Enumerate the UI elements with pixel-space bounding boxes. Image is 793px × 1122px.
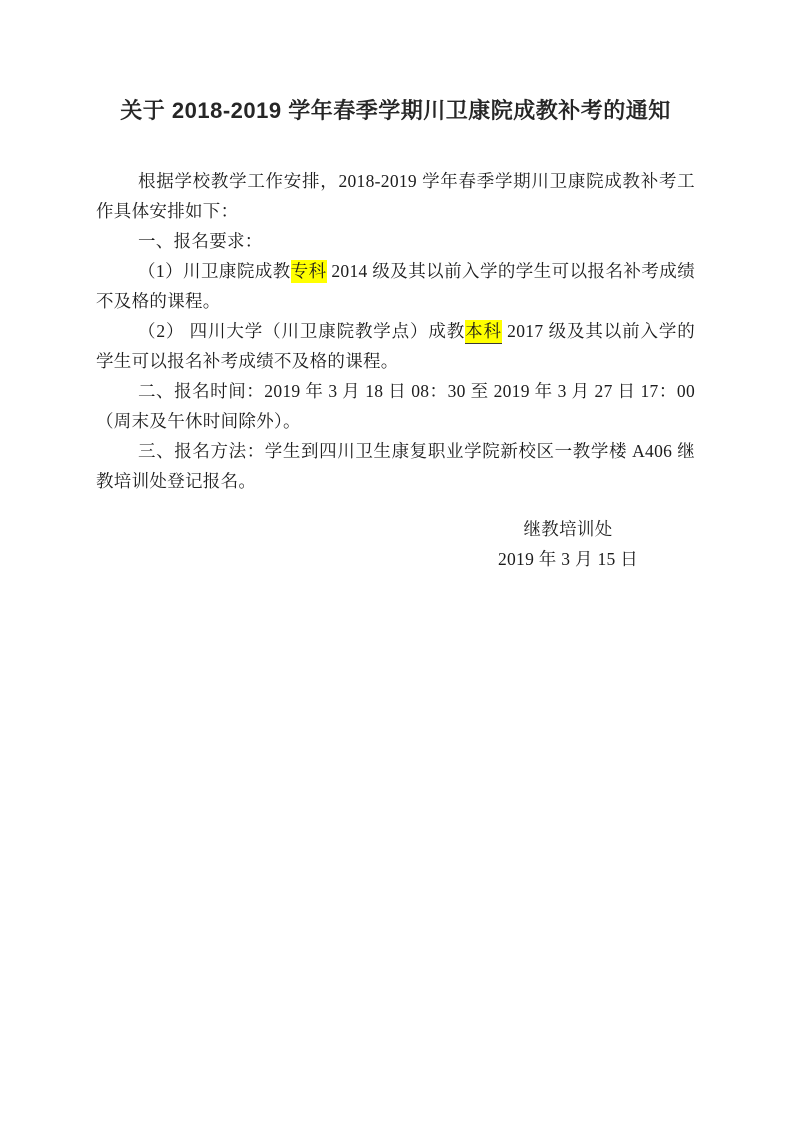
text-run: （1）川卫康院成教 xyxy=(138,261,291,281)
highlighted-text: 专科 xyxy=(291,260,327,283)
signature-date: 2019 年 3 月 15 日 xyxy=(468,544,668,574)
highlighted-text: 本科 xyxy=(465,320,502,344)
paragraph: 根据学校教学工作安排，2018-2019 学年春季学期川卫康院成教补考工作具体安… xyxy=(96,166,695,226)
document-title: 关于 2018-2019 学年春季学期川卫康院成教补考的通知 xyxy=(96,96,695,126)
signature-block: 继教培训处 2019 年 3 月 15 日 xyxy=(468,514,668,574)
paragraph: （2） 四川大学（川卫康院教学点）成教本科 2017 级及其以前入学的学生可以报… xyxy=(96,316,695,376)
paragraph: 三、报名方法：学生到四川卫生康复职业学院新校区一教学楼 A406 继教培训处登记… xyxy=(96,436,695,496)
signature-department: 继教培训处 xyxy=(468,514,668,544)
paragraph: （1）川卫康院成教专科 2014 级及其以前入学的学生可以报名补考成绩不及格的课… xyxy=(96,256,695,316)
text-run: 三、报名方法：学生到四川卫生康复职业学院新校区一教学楼 A406 继教培训处登记… xyxy=(96,441,695,491)
text-run: 根据学校教学工作安排，2018-2019 学年春季学期川卫康院成教补考工作具体安… xyxy=(96,171,695,221)
document-page: 关于 2018-2019 学年春季学期川卫康院成教补考的通知 根据学校教学工作安… xyxy=(0,0,793,1122)
text-run: 二、报名时间：2019 年 3 月 18 日 08：30 至 2019 年 3 … xyxy=(96,381,695,431)
document-body: 根据学校教学工作安排，2018-2019 学年春季学期川卫康院成教补考工作具体安… xyxy=(96,166,695,496)
paragraph: 二、报名时间：2019 年 3 月 18 日 08：30 至 2019 年 3 … xyxy=(96,376,695,436)
text-run: （2） 四川大学（川卫康院教学点）成教 xyxy=(138,321,465,341)
paragraph: 一、报名要求： xyxy=(96,226,695,256)
text-run: 一、报名要求： xyxy=(138,231,263,251)
